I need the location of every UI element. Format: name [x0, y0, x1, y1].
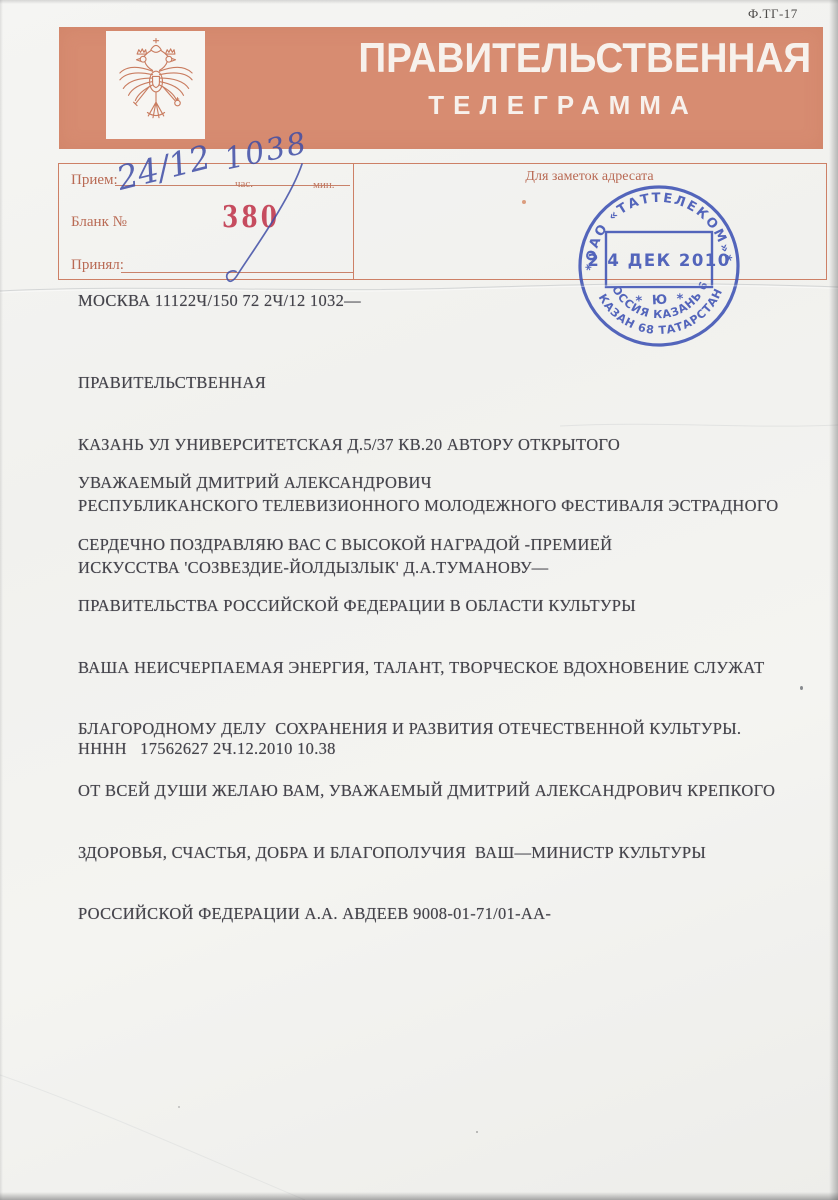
scan-edge-bottom: [0, 1192, 838, 1200]
dust-speck: [178, 1106, 180, 1108]
dust-speck: [800, 686, 803, 690]
dust-speck: [476, 1131, 478, 1133]
ink-speck: [522, 200, 526, 204]
paper-creases: [0, 0, 838, 1200]
scan-edge-left: [0, 0, 3, 1200]
telegram-scan-page: Ф.ТГ-17: [0, 0, 838, 1200]
scan-edge-right: [829, 0, 838, 1200]
scan-edge-top: [0, 0, 838, 4]
